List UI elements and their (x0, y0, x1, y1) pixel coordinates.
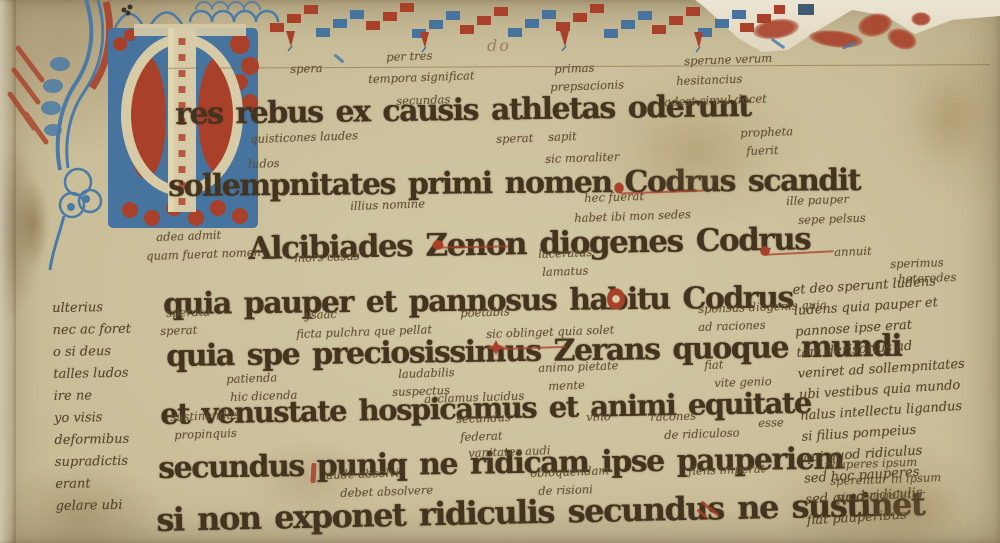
interlinear-gloss: racones (650, 408, 696, 424)
interlinear-gloss: primas (554, 61, 595, 76)
left-marginalia: ulterius nec ac foret o si deus talles l… (52, 296, 171, 518)
interlinear-gloss: de risioni (538, 482, 593, 498)
stain (900, 58, 995, 183)
interlinear-gloss: per tres (386, 48, 433, 64)
interlinear-gloss: animo pietate (538, 358, 619, 375)
interlinear-gloss: hic dicenda (230, 388, 298, 404)
interlinear-gloss: sperata (166, 304, 210, 320)
interlinear-gloss: ille pauper (786, 192, 849, 208)
interlinear-gloss: sperimus (890, 255, 944, 271)
interlinear-gloss: tempora significat (368, 68, 475, 86)
quire-mark: do (487, 36, 511, 55)
interlinear-gloss: federat (460, 429, 503, 444)
interlinear-gloss: ysaac (304, 307, 337, 322)
interlinear-gloss: ad raciones (698, 318, 766, 334)
stain (836, 468, 986, 543)
interlinear-gloss: sapit (548, 129, 577, 144)
interlinear-gloss: esse (758, 415, 784, 430)
interlinear-gloss: sepe pelsus (798, 211, 866, 227)
interlinear-gloss: sustinendas (170, 408, 240, 424)
interlinear-gloss: spera (290, 61, 323, 76)
rubrication-mark (310, 463, 316, 483)
blue-pen-tick (333, 53, 344, 63)
stain (10, 166, 56, 281)
interlinear-gloss: de ridiculoso (664, 425, 740, 442)
interlinear-gloss: prepsacionis (550, 77, 624, 94)
interlinear-gloss: ludos (248, 156, 280, 171)
interlinear-gloss: annuit (834, 244, 872, 259)
interlinear-gloss: fiens imperat (688, 461, 766, 478)
interlinear-gloss: poetabis (460, 304, 510, 320)
navy-border-block (798, 4, 814, 15)
interlinear-gloss: quisticones laudes (250, 128, 358, 146)
interlinear-gloss: propinquis (174, 426, 237, 442)
interlinear-gloss: vanitates audi (468, 443, 551, 460)
interlinear-gloss: lamatus (542, 263, 589, 279)
interlinear-gloss: mors casus (294, 249, 360, 265)
interlinear-gloss: secundus (456, 410, 511, 426)
manuscript-page: T do res rebus ex causis athletas oderun… (0, 0, 1000, 543)
border-meander (270, 0, 785, 52)
rubrication-mark (430, 238, 446, 252)
interlinear-gloss: patienda (226, 370, 277, 386)
interlinear-gloss: illius nomine (350, 196, 425, 213)
interlinear-gloss: sperat (496, 131, 534, 146)
interlinear-gloss: aude absolvi (326, 465, 399, 482)
interlinear-gloss: secundas (396, 92, 451, 108)
interlinear-gloss: laudabilis (398, 365, 455, 381)
interlinear-gloss: sic moraliter (545, 149, 620, 166)
interlinear-gloss: fiat (704, 357, 724, 372)
interlinear-gloss: laceratus (538, 245, 593, 261)
interlinear-gloss: adea admit (156, 228, 221, 244)
stain (612, 96, 782, 211)
rubricated-letter (607, 288, 625, 310)
interlinear-gloss: mente (548, 378, 585, 393)
interlinear-gloss: hesitancius (676, 72, 743, 88)
interlinear-gloss: vite genio (714, 374, 772, 390)
rubrication-mark (758, 244, 772, 258)
interlinear-gloss: vino (586, 409, 611, 424)
interlinear-gloss: obloquendam (530, 463, 609, 480)
